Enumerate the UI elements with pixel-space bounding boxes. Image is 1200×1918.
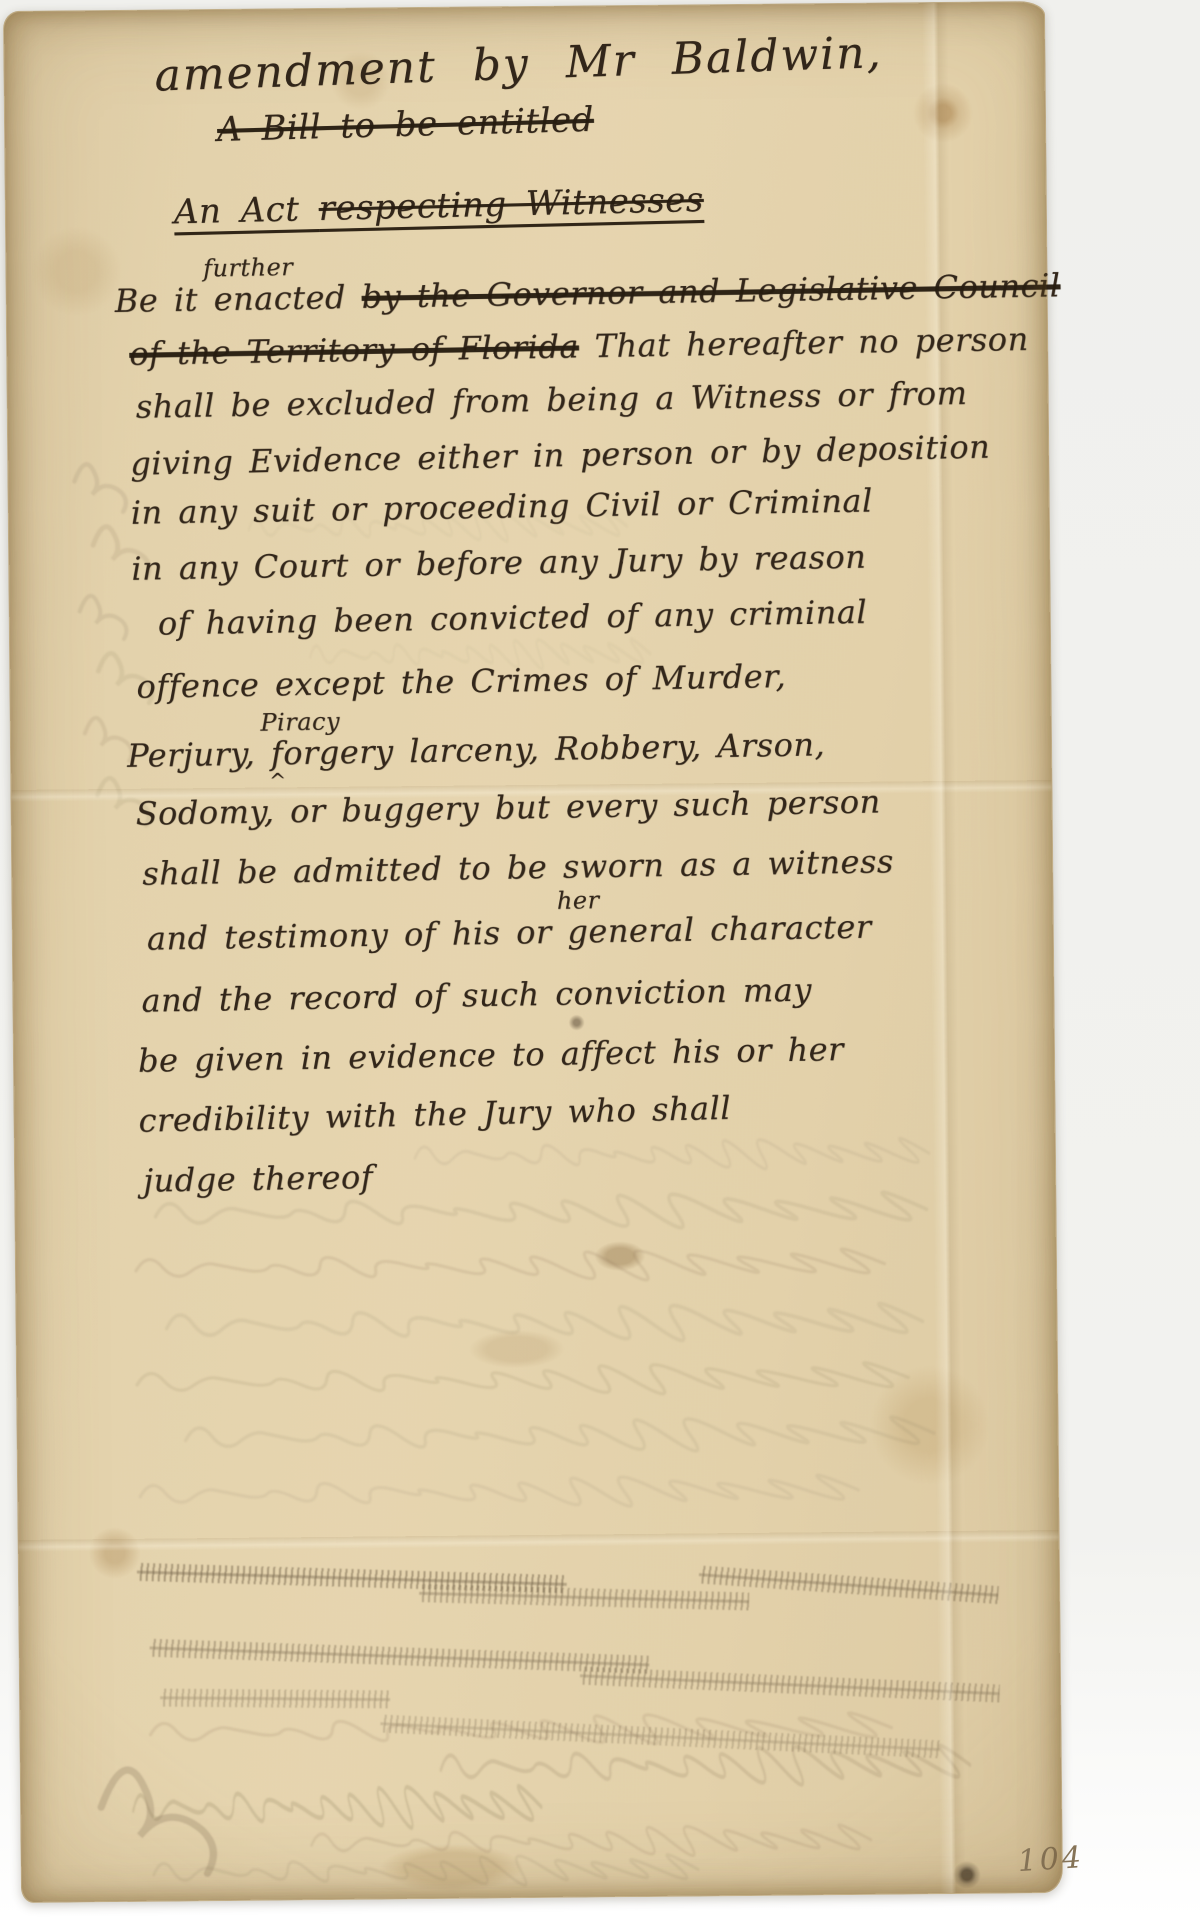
manuscript-line: giving Evidence either in person or by d… <box>130 428 991 483</box>
bleed-through-strike-row <box>698 1565 999 1604</box>
act-title-struck-text: respecting Witnesses <box>318 180 704 229</box>
body-paragraph: Be it furtherenacted by the Governor and… <box>4 2 1044 12</box>
manuscript-line: offence except the Crimes of Murder, <box>136 657 786 706</box>
interlinear-insertion-her: her <box>557 886 600 915</box>
line-text: enacted <box>213 278 362 318</box>
line-text: Perjury, <box>127 735 271 775</box>
manuscript-line: Sodomy, or buggery but every such person <box>135 782 881 832</box>
manuscript-line: of the Territory of Florida That hereaft… <box>129 320 1029 373</box>
line-text: That hereafter no person <box>579 320 1029 365</box>
line-text: Be it <box>114 280 214 320</box>
caret-mark: ^ <box>269 768 287 792</box>
act-title-text: An Act <box>173 189 319 232</box>
line-text: forgery larceny, Robbery, Arson, <box>271 725 826 772</box>
bleed-through-strike-row <box>380 1715 940 1759</box>
manuscript-line: of having been convicted of any criminal <box>158 593 868 643</box>
manuscript-line: credibility with the Jury who shall <box>138 1089 731 1140</box>
manuscript-line: in any Court or before any Jury by reaso… <box>131 538 867 588</box>
manuscript-line: and the record of such conviction may <box>141 971 812 1020</box>
manuscript-page: amendment by Mr Baldwin, A Bill to be en… <box>3 1 1063 1903</box>
manuscript-line: shall be admitted to be sworn as a witne… <box>142 842 894 892</box>
struck-text: by the Governor and Legislative Council <box>361 266 1060 316</box>
struck-text: of the Territory of Florida <box>129 327 579 372</box>
bleed-through-strike-row <box>580 1667 1000 1703</box>
manuscript-line: be given in evidence to affect his or he… <box>138 1030 844 1080</box>
line-text: and testimony of his or <box>147 913 568 958</box>
fold-crease <box>19 1530 1059 1552</box>
manuscript-line: and testimony of his or hergeneral chara… <box>147 908 872 958</box>
line-text: general character <box>567 908 872 951</box>
scanner-background: amendment by Mr Baldwin, A Bill to be en… <box>0 0 1200 1918</box>
bleed-through-strike-row <box>137 1563 567 1593</box>
manuscript-line: Be it furtherenacted by the Governor and… <box>114 266 1060 320</box>
interlinear-insertion-further: further <box>203 253 294 282</box>
bleed-through-strike-row <box>419 1584 749 1610</box>
manuscript-line: shall be excluded from being a Witness o… <box>135 374 967 426</box>
amendment-heading: amendment by Mr Baldwin, <box>154 27 883 101</box>
manuscript-line: Perjury, Piracy^forgery larceny, Robbery… <box>127 725 826 775</box>
bleed-through-strike-row <box>149 1639 649 1674</box>
act-title: An Act respecting Witnesses <box>173 180 704 232</box>
bleed-through-strike-row <box>160 1689 390 1709</box>
page-number: 104 <box>1017 1840 1085 1879</box>
manuscript-line: judge thereof <box>143 1158 373 1200</box>
manuscript-line: in any suit or proceeding Civil or Crimi… <box>130 482 873 532</box>
bill-title-struck: A Bill to be entitled <box>217 100 595 150</box>
interlinear-insertion-piracy: Piracy <box>260 707 340 736</box>
